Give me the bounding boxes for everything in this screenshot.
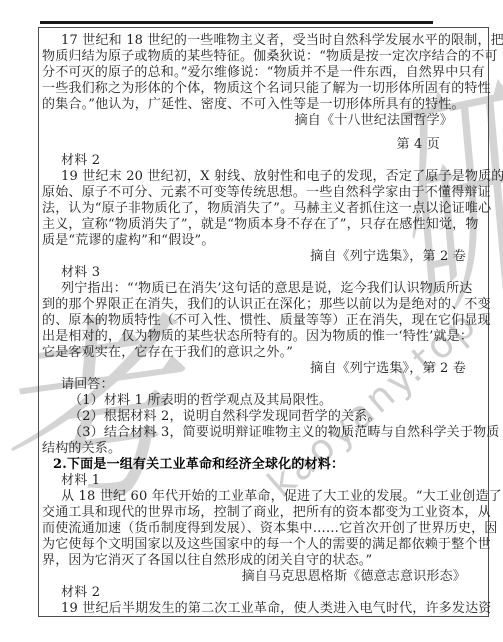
section-2-heading: 2.下面是一组有关工业革命和经济全球化的材料： [42,457,481,473]
text-line: 主义，宣称“物质消失了”，就是“物质本身不存在了”，只存在感性知觉，物 [42,217,481,233]
citation-source: 摘自马克思恩格斯《德意志意识形态》 [42,569,481,585]
material-2-label: 材料 2 [42,153,481,169]
material-3-label: 材料 3 [42,265,481,281]
material-2-label: 材料 2 [42,585,481,601]
page-number: 第 4 页 [42,137,481,153]
citation-source: 摘自《十八世纪法国哲学》 [42,113,481,129]
text-line: 分不可灭的原子的总和。”爱尔维修说：“物质并不是一件东西，自然界中只有 [42,65,481,81]
answer-prompt: 请回答： [42,377,481,393]
text-line: 原始、原子不可分、元素不可变等传统思想。一些自然科学家由于不懂得辩证 [42,185,481,201]
text-line: 结构的关系。 [42,441,481,457]
text-line: 法，认为“原子非物质化了，物质消失了”。马赫主义者抓住这一点以论证唯心 [42,201,481,217]
text-line: 从 18 世纪 60 年代开始的工业革命，促进了大工业的发展。“大工业创造了 [42,489,481,505]
citation-source: 摘自《列宁选集》，第 2 卷 [42,249,481,265]
text-line: 一些我们称之为形体的个体，物质这个名词只能了解为一切形体所固有的特性 [42,81,481,97]
text-line: 到的那个界限正在消失，我们的认识正在深化；那些以前以为是绝对的、不变 [42,297,481,313]
text-line: 为它使每个文明国家以及这些国家中的每一个人的需要的满足都依赖于整个世 [42,537,481,553]
text-line: 出是相对的，仅为物质的某些状态所特有的。因为物质的惟一‘特性’就是： [42,329,481,345]
material-1-label: 材料 1 [42,473,481,489]
text-line: 列宁指出：“‘物质已在消失’这句话的意思是说，迄今我们认识物质所达 [42,281,481,297]
text-line: 质是“荒谬的虚构”和“假设”。 [42,233,481,249]
text-line: 的、原本的物质特性（不可入性、惯性、质量等等）正在消失，现在它们显现 [42,313,481,329]
question-item-3: （3）结合材料 3，简要说明辩证唯物主义的物质范畴与自然科学关于物质 [42,425,481,441]
text-line: 的集合。”他认为，广延性、密度、不可入性等是一切形体所具有的特性。 [42,97,481,113]
text-line: 19 世纪后半期发生的第二次工业革命，使人类进入电气时代，许多发达资 [42,601,481,617]
text-line: 19 世纪末 20 世纪初，X 射线、放射性和电子的发现，否定了原子是物质的 [42,169,481,185]
top-rule [40,21,433,24]
text-line: 交通工具和现代的世界市场，控制了商业，把所有的资本都变为工业资本，从 [42,505,481,521]
text-line: 17 世纪和 18 世纪的一些唯物主义者，受当时自然科学发展水平的限制，把 [42,33,481,49]
question-item-2: （2）根据材料 2，说明自然科学发现同哲学的关系。 [42,409,481,425]
text-line: 它是客观实在，它存在于我们的意识之外。” [42,345,481,361]
question-item-1: （1）材料 1 所表明的哲学观点及其局限性。 [42,393,481,409]
text-line: 而使流通加速（货币制度得到发展）、资本集中……它首次开创了世界历史，因 [42,521,481,537]
document-content: 17 世纪和 18 世纪的一些唯物主义者，受当时自然科学发展水平的限制，把 物质… [38,27,489,617]
text-line: 物质归结为原子或物质的某些特征。伽桑狄说：“物质是按一定次序结合的不可 [42,49,481,65]
text-line: 界，因为它消灭了各国以往自然形成的闭关自守的状态。” [42,553,481,569]
citation-source: 摘自《列宁选集》，第 2 卷 [42,361,481,377]
document-page: 考 研 kaoyany.top 17 世纪和 18 世纪的一些唯物主义者，受当时… [0,0,503,642]
